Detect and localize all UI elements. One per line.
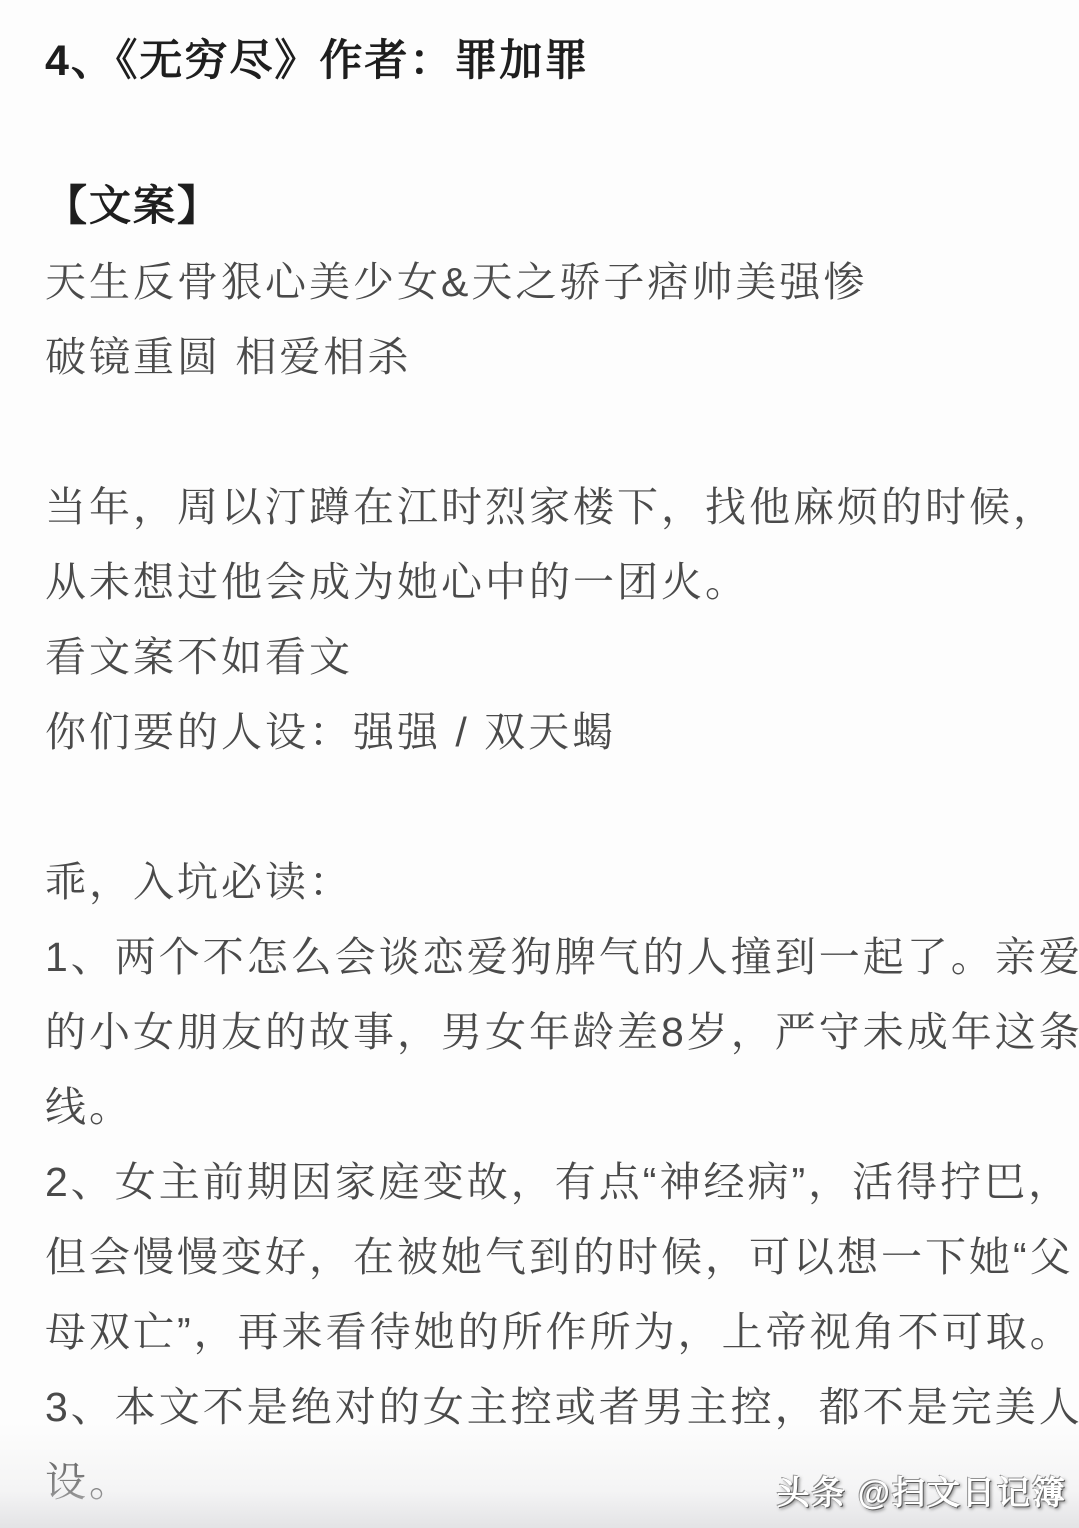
text-line: 看文案不如看文 xyxy=(45,620,1039,695)
text-line: 你们要的人设：强强 / 双天蝎 xyxy=(45,695,1039,770)
synopsis-block: 天生反骨狠心美少女&天之骄子痞帅美强惨 破镜重圆 相爱相杀 xyxy=(45,245,1039,395)
text-line: 从未想过他会成为她心中的一团火。 xyxy=(45,545,1039,620)
notes-heading: 乖，入坑必读： xyxy=(45,845,1039,920)
article-title: 4、《无穷尽》作者：罪加罪 xyxy=(45,36,1039,86)
text-line: 1、两个不怎么会谈恋爱狗脾气的人撞到一起了。亲爱 xyxy=(45,920,1039,995)
section-label-synopsis: 【文案】 xyxy=(45,183,1039,229)
notes-block: 乖，入坑必读： 1、两个不怎么会谈恋爱狗脾气的人撞到一起了。亲爱 的小女朋友的故… xyxy=(45,845,1039,1520)
text-line: 母双亡”，再来看待她的所作所为，上帝视角不可取。 xyxy=(45,1295,1039,1370)
text-line: 2、女主前期因家庭变故，有点“神经病”，活得拧巴， xyxy=(45,1145,1039,1220)
text-line: 3、本文不是绝对的女主控或者男主控，都不是完美人 xyxy=(45,1370,1039,1445)
text-line: 但会慢慢变好，在被她气到的时候，可以想一下她“父 xyxy=(45,1220,1039,1295)
text-line: 当年，周以汀蹲在江时烈家楼下，找他麻烦的时候， xyxy=(45,470,1039,545)
article-page: 4、《无穷尽》作者：罪加罪 【文案】 天生反骨狠心美少女&天之骄子痞帅美强惨 破… xyxy=(0,0,1079,1528)
text-line: 天生反骨狠心美少女&天之骄子痞帅美强惨 xyxy=(45,245,1039,320)
text-line: 的小女朋友的故事，男女年龄差8岁，严守未成年这条 xyxy=(45,995,1039,1070)
text-line: 破镜重圆 相爱相杀 xyxy=(45,320,1039,395)
text-line: 线。 xyxy=(45,1070,1039,1145)
intro-block: 当年，周以汀蹲在江时烈家楼下，找他麻烦的时候， 从未想过他会成为她心中的一团火。… xyxy=(45,470,1039,770)
watermark-toutiao: 头条 @扫文日记簿 xyxy=(777,1467,1067,1514)
